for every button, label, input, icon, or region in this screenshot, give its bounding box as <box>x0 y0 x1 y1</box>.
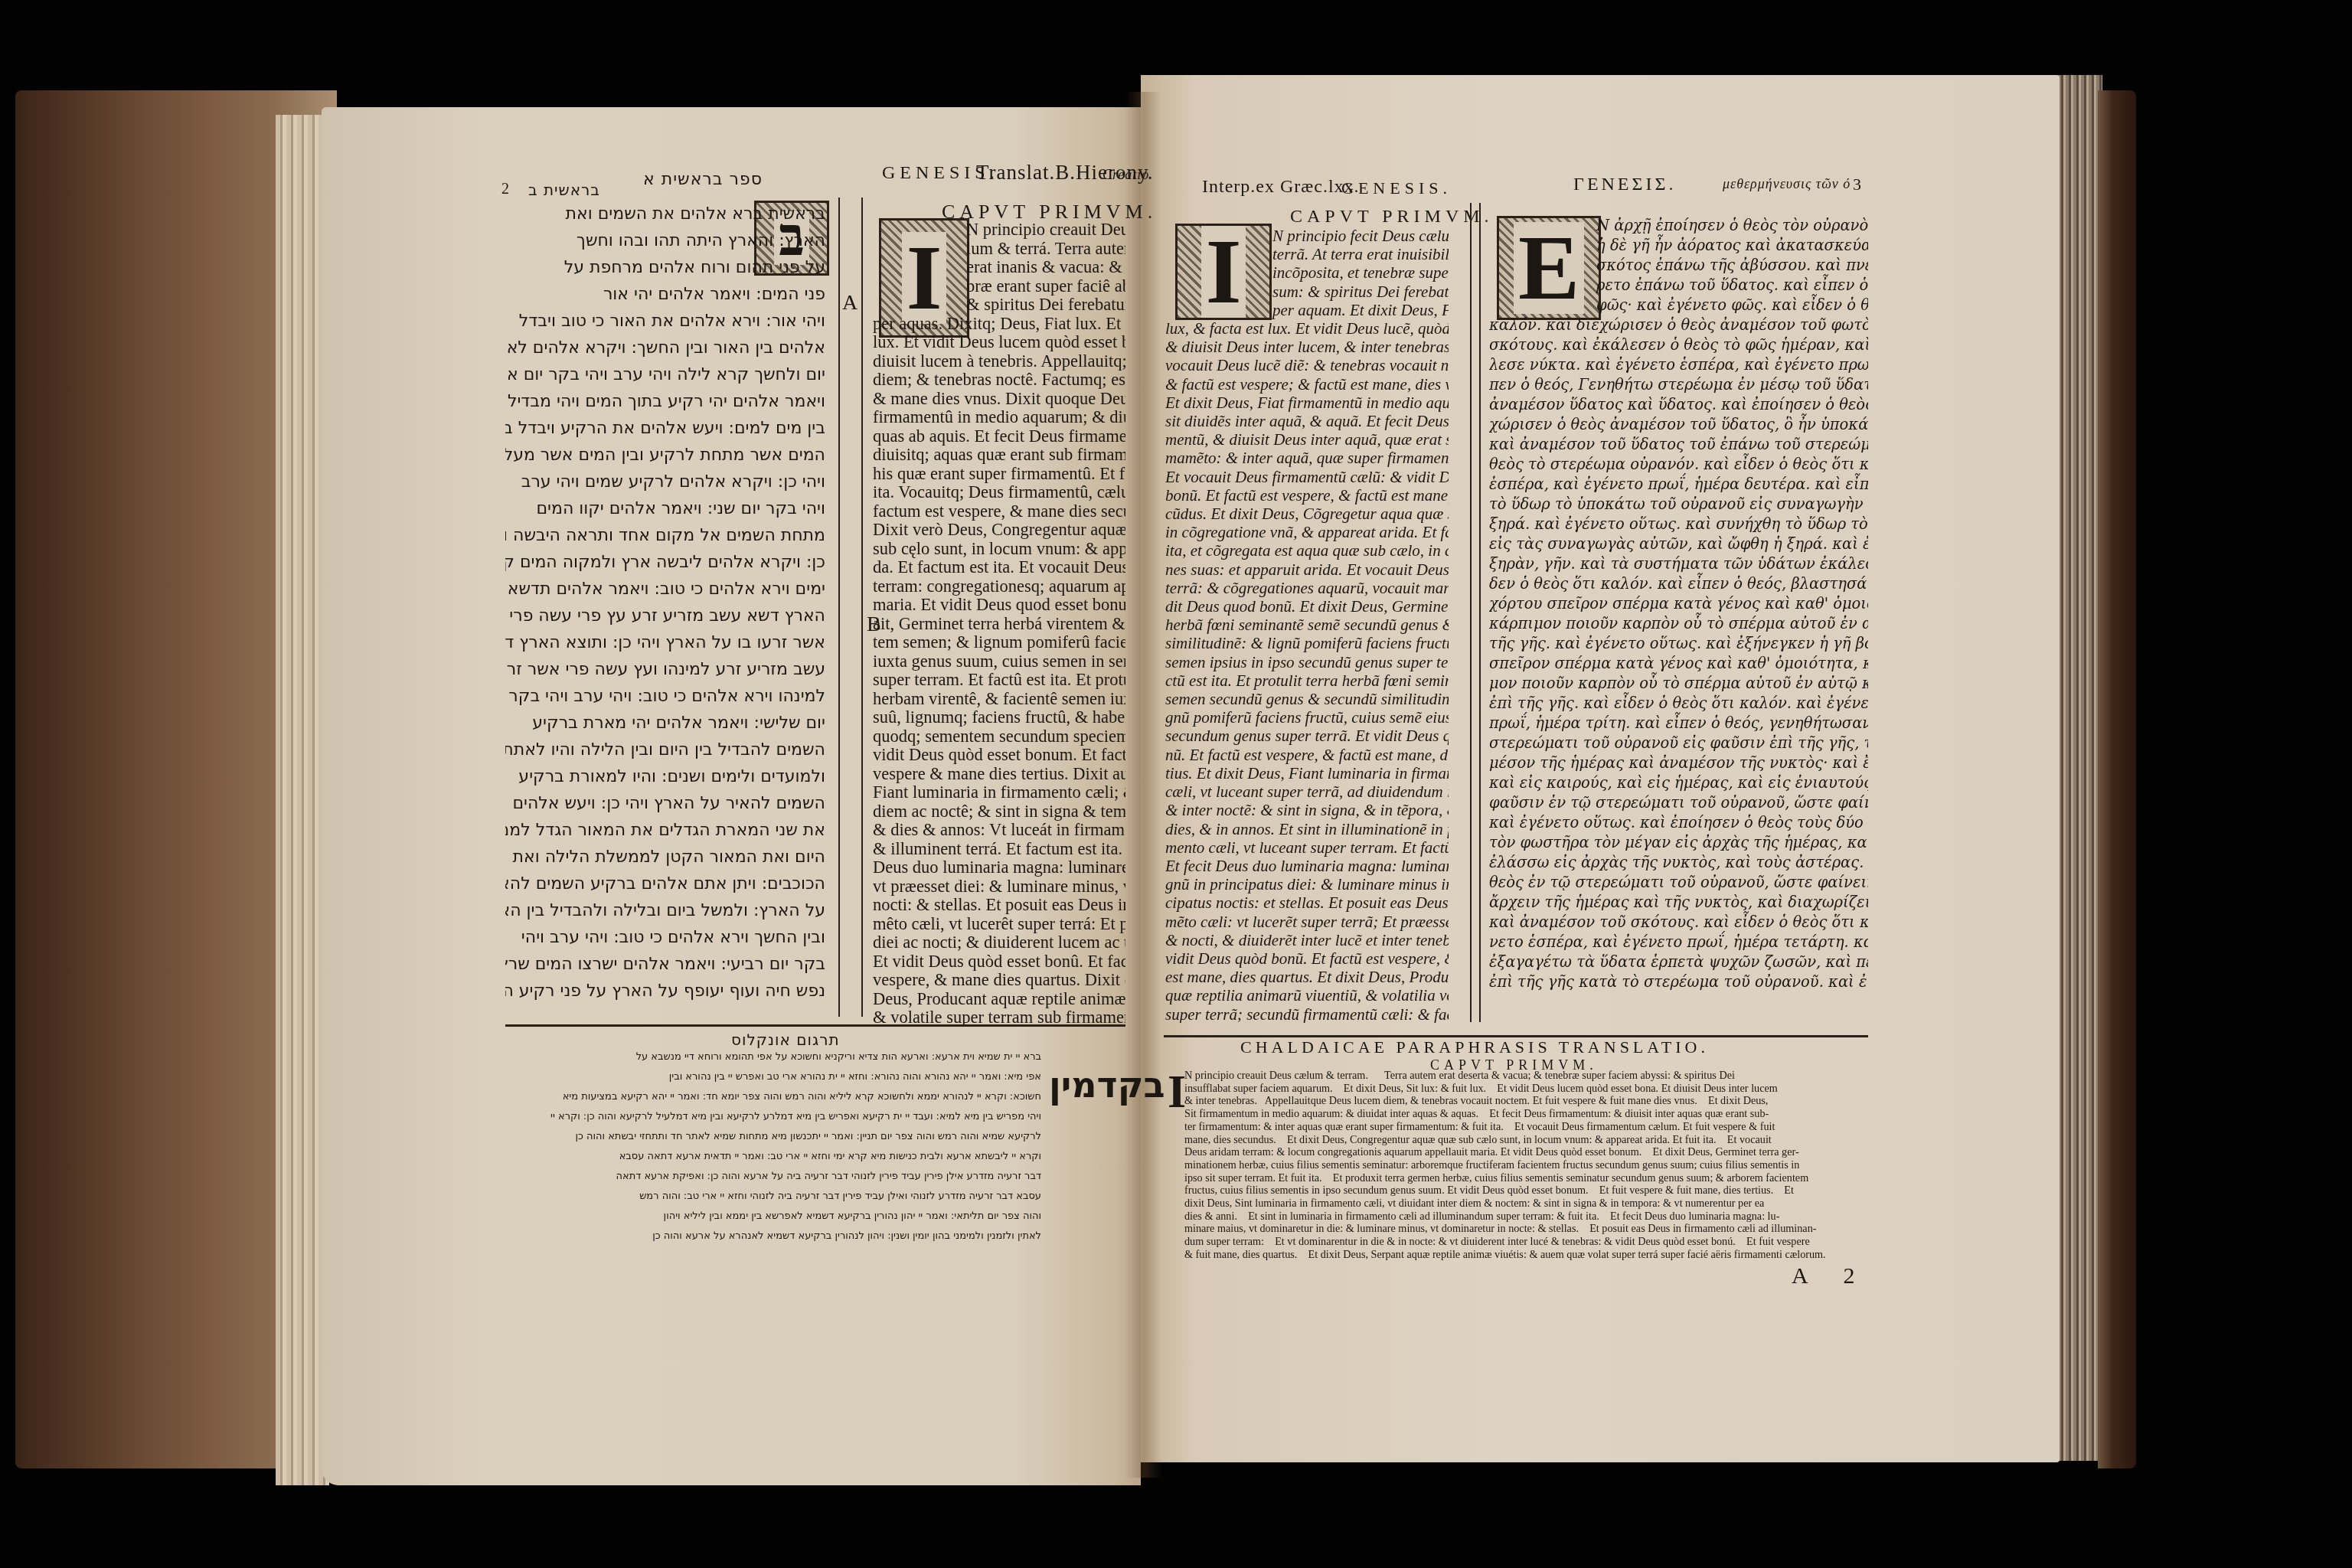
text-line: sub cęlo sunt, in locum vnum: & appareat… <box>873 540 1125 559</box>
text-line: וקרא יי ליבשתא ארעא ולבית כנישות מיא קרא… <box>505 1147 1041 1167</box>
text-line: Fiant luminaria in firmamento cæli; & di… <box>873 783 1125 802</box>
text-line: אפי מיא: ואמר יי יהא נהורא והוה נהורא: ו… <box>505 1067 1041 1087</box>
text-line: dit Deus quod bonũ. Et dixit Deus, Germi… <box>1165 597 1449 616</box>
text-line: Et dixit Deus, Fiat firmamentũ in medio … <box>1165 394 1449 412</box>
text-line: lux, & facta est lux. Et vidit Deus lucẽ… <box>1165 319 1449 338</box>
text-line: iuxta genus suum, cuius semen in semetip… <box>873 652 1125 671</box>
text-line: vidit Deus quòd bonũ. Et factũ est vespe… <box>1165 949 1449 968</box>
text-line: cipatus noctis: et stellas. Et posuit ea… <box>1165 893 1449 912</box>
text-line: ait, Germinet terra herbá virentem & fac… <box>873 615 1125 634</box>
text-line: firmamentû in medio aquarum; & diuidat a… <box>873 408 1125 427</box>
text-line: minationem herbæ, cuius filius sementis … <box>1184 1159 1870 1172</box>
text-line: nũ. Et factũ est vespere, & factũ est ma… <box>1165 746 1449 764</box>
text-line: mẽto cæli: vt lucerẽt super terrã; Et pr… <box>1165 913 1449 931</box>
text-line: dies & anni. Et sint in luminaria in fir… <box>1184 1210 1870 1223</box>
text-line: ויהי בקר יום שני: ויאמר אלהים יקוו המים <box>505 495 825 522</box>
text-line: את שני המארת הגדלים את המאור הגדל לממשלת <box>505 817 825 844</box>
greek-running-head-translation: μεθερμήνευσις τῶν ό <box>1723 176 1851 192</box>
text-line: עשב מזריע זרע למינהו ועץ עשה פרי אשר זרע… <box>505 656 825 683</box>
text-line: & spiritus Dei ferebatur su- <box>873 296 1125 315</box>
text-line: per aquam. Et dixit Deus, Fiat <box>1165 301 1449 319</box>
text-line: & factũ est vespere; & factũ est mane, d… <box>1165 375 1449 394</box>
text-line: καὶ ἀναμέσον τοῦ σκότους. καὶ εἶδεν ὁ θε… <box>1489 913 1868 933</box>
text-line: diem ac noctê; & sint in signa & tempora… <box>873 802 1125 822</box>
text-line: καὶ εἰς καιρούς, καὶ εἰς ἡμέρας, καὶ εἰς… <box>1489 773 1868 793</box>
text-line: ἡ δὲ γῆ ἦν ἀόρατος καὶ ἀκατασκεύαστος· κ… <box>1489 236 1868 256</box>
text-line: Deus duo luminaria magna: luminare maius… <box>873 858 1125 877</box>
text-line: cũdus. Et dixit Deus, Cõgregetur aqua qu… <box>1165 505 1449 523</box>
text-line: nocti: & stellas. Et posuit eas Deus in … <box>873 896 1125 915</box>
text-line: & nocti, & diuiderẽt inter lucẽ et inter… <box>1165 931 1449 949</box>
text-line: δεν ὁ θεὸς ὅτι καλόν. καὶ εἶπεν ὁ θεός, … <box>1489 574 1868 594</box>
lxx-running-head-translation: Interp.ex Græc.lxx. <box>1202 177 1360 198</box>
text-line: & illuminent terrá. Et factum est ita. F… <box>873 840 1125 859</box>
text-line: פני המים: ויאמר אלהים יהי אור <box>505 281 825 308</box>
column-rule <box>861 198 863 1017</box>
text-line: semen secundũ genus & secundũ similitudi… <box>1165 690 1449 708</box>
text-line: factum est vespere, & mane dies secundus… <box>873 502 1125 521</box>
text-line: ρετο ἐπάνω τοῦ ὕδατος. καὶ εἶπεν ὁ θεός,… <box>1489 276 1868 296</box>
text-line: ipso sit super terram. Et fuit ita. Et p… <box>1184 1172 1870 1185</box>
text-line: & inter noctẽ: & sint in signa, & in tẽp… <box>1165 801 1449 819</box>
hebrew-running-head: ספר בראשית א <box>643 170 763 189</box>
hebrew-text-column: בראשית ברא אלהים את השמים ואתהארץ: והארץ… <box>505 201 825 1012</box>
text-line: κάρπιμον ποιοῦν καρπὸν οὗ τὸ σπέρμα αὐτο… <box>1489 614 1868 634</box>
text-line: σκότους. καὶ ἐκάλεσεν ὁ θεὸς τὸ φῶς ἡμέρ… <box>1489 335 1868 355</box>
text-line: השמים להאיר על הארץ ויהי כן: ויעש אלהים <box>505 790 825 817</box>
text-line: N principio creauit Deus cæ- <box>873 220 1125 240</box>
section-rule <box>505 1024 1125 1027</box>
text-line: diuisitq; aquas quæ erant sub firmamento… <box>873 446 1125 465</box>
text-line: לאתין ולזמנין ולמימני בהון יומין ושנין: … <box>505 1227 1041 1246</box>
text-line: semen ipsius in ipso secundũ genus super… <box>1165 653 1449 671</box>
text-line: אשר זרעו בו על הארץ ויהי כן: ותוצא הארץ … <box>505 629 825 656</box>
text-line: dixit Deus, Sint luminaria in firmamento… <box>1184 1197 1870 1210</box>
text-line: עסבא דבר זרעיה מזדרע לזנוהי ואילן עביד פ… <box>505 1187 1041 1207</box>
text-line: lux. Et vidit Deus lucem quòd esset bona… <box>873 333 1125 352</box>
text-line: Et vidit Deus quòd esset bonû. Et factum… <box>873 952 1125 972</box>
text-line: suû, lignumq; faciens fructû, & habens v… <box>873 708 1125 727</box>
text-line: Deus aridam terram: & locum congregation… <box>1184 1146 1870 1159</box>
text-line: terrã. At terra erat inuisibilis et <box>1165 245 1449 263</box>
text-line: ויהי מפריש בין מיא למיא: ועבד יי ית רקיע… <box>505 1107 1041 1127</box>
column-rule <box>838 198 840 1017</box>
column-rule <box>1479 203 1481 1022</box>
text-line: ξηρὰν, γῆν. καὶ τὰ συστήματα τῶν ὑδάτων … <box>1489 554 1868 574</box>
text-line: νετο ἑσπέρα, καὶ ἐγένετο πρωΐ, ἡμέρα τετ… <box>1489 933 1868 952</box>
text-line: terrã: & cõgregationes aquarũ, vocauit m… <box>1165 579 1449 597</box>
text-line: בראשית ברא אלהים את השמים ואת <box>505 201 825 227</box>
chaldaic-initial: I <box>1168 1068 1186 1116</box>
text-line: ἐπὶ τῆς γῆς. καὶ εἶδεν ὁ θεὸς ὅτι καλόν.… <box>1489 694 1868 714</box>
text-line: & volatile super terram sub firmamento c… <box>873 1008 1125 1024</box>
text-line: על פני תהום ורוח אלהים מרחפת על <box>505 254 825 281</box>
text-line: הכוכבים: ויתן אתם אלהים ברקיע השמים להאי… <box>505 871 825 897</box>
text-line: והוה צפר יום תליתאי: ואמר יי יהון נהורין… <box>505 1207 1041 1227</box>
text-line: vidit Deus quòd esset bonum. Et factum e… <box>873 746 1125 765</box>
text-line: הארץ: והארץ היתה תהו ובהו וחשך <box>505 227 825 254</box>
text-line: dies, & in annos. Et sint in illuminatio… <box>1165 820 1449 838</box>
text-line: per aquas. Dixitq; Deus, Fiat lux. Et fa… <box>873 315 1125 334</box>
text-line: πεν ὁ θεός, Γενηθήτω στερέωμα ἐν μέσῳ το… <box>1489 375 1868 395</box>
text-line: λεσε νύκτα. καὶ ἐγένετο ἑσπέρα, καὶ ἐγέν… <box>1489 355 1868 375</box>
text-line: μον ποιοῦν καρπὸν οὗ τὸ σπέρμα αὐτοῦ ἐν … <box>1489 674 1868 694</box>
lxx-latin-text-column: N principio fecit Deus cælum &terrã. At … <box>1165 227 1449 1023</box>
text-line: בקר יום רביעי: ויאמר אלהים ישרצו המים שר… <box>505 951 825 978</box>
text-line: εἰς τὰς συναγωγὰς αὐτῶν, καὶ ὤφθη ἡ ξηρά… <box>1489 534 1868 554</box>
greek-running-head-book: ΓΕΝΕΣΙΣ. <box>1573 175 1676 195</box>
chaldaic-title: CHALDAICAE PARAPHRASIS TRANSLATIO. <box>1240 1037 1709 1057</box>
text-line: sit diuidẽs inter aquã, & aquã. Et fecit… <box>1165 412 1449 430</box>
text-line: diei ac nocti; & diuiderent lucem ac ten… <box>873 933 1125 952</box>
text-line: היום ואת המאור הקטן לממשלת הלילה ואת <box>505 844 825 871</box>
text-line: mento cæli, vt luceant super terram. Et … <box>1165 838 1449 857</box>
text-line: erat inanis & vacua: & tene- <box>873 258 1125 277</box>
text-line: insufflabat super faciem aquarum. Et dix… <box>1184 1083 1870 1096</box>
text-line: N principio fecit Deus cælum & <box>1165 227 1449 245</box>
vulgate-text-column: N principio creauit Deus cæ-lum & terrá.… <box>873 220 1125 1024</box>
text-line: mane, dies secundus. Et dixit Deus, Cong… <box>1184 1134 1870 1147</box>
text-line: & diuisit Deus inter lucem, & inter tene… <box>1165 338 1449 356</box>
text-line: אלהים בין האור ובין החשך: ויקרא אלהים לא… <box>505 335 825 361</box>
text-line: ולמועדים ולימים ושנים: והיו למאורת ברקיע <box>505 763 825 790</box>
text-line: secundum genus super terrã. Et vidit Deu… <box>1165 727 1449 745</box>
text-line: לרקיעא שמיא והוה רמש והוה צפר יום תניין:… <box>505 1127 1041 1147</box>
lxx-chapter-heading: CAPVT PRIMVM. <box>1290 207 1494 227</box>
text-line: Et fecit Deus duo luminaria magna: lumin… <box>1165 857 1449 875</box>
text-line: חשוכא: וקרא יי לנהורא יממא ולחשוכא קרא ל… <box>505 1087 1041 1107</box>
book-cover-right <box>2098 90 2136 1468</box>
text-line: tius. Et dixit Deus, Fiant luminaria in … <box>1165 764 1449 782</box>
text-line: herbam virentê, & facientê semen iuxta g… <box>873 690 1125 709</box>
text-line: & inter tenebras. Appellauitque Deus luc… <box>1184 1095 1870 1108</box>
text-line: tem semen; & lignum pomiferû faciens fru… <box>873 633 1125 652</box>
text-line: herbã fœni seminantẽ semẽ secundũ genus … <box>1165 616 1449 634</box>
text-line: נפש חיה ועוף יעופף על הארץ על פני רקיע ה… <box>505 978 825 1004</box>
text-line: mamẽto: & inter aquã, quæ super firmamen… <box>1165 449 1449 467</box>
text-line: dum super terram: Et vt dominarentur in … <box>1184 1236 1870 1249</box>
text-line: ויאמר אלהים יהי רקיע בתוך המים ויהי מבדי… <box>505 388 825 415</box>
text-line: הארץ דשא עשב מזריע זרע עץ פרי עשה פרי למ… <box>505 603 825 629</box>
text-line: quodq; sementem secundum speciem suam. E… <box>873 727 1125 746</box>
text-line: יום ולחשך קרא לילה ויהי ערב ויהי בקר יום… <box>505 361 825 388</box>
text-line: ויהי כן: ויקרא אלהים לרקיע שמים ויהי ערב <box>505 469 825 495</box>
text-line: minare maius, vt dominaretur in die: & l… <box>1184 1223 1870 1236</box>
text-line: quæ reptilia animarũ viuentiũ, & volatil… <box>1165 986 1449 1004</box>
text-line: & fuit mane, dies quartus. Et dixit Deus… <box>1184 1249 1870 1261</box>
text-line: & dies & annos: Vt luceát in firmamêto c… <box>873 821 1125 840</box>
text-line: מתחת השמים אל מקום אחד ותראה היבשה ויהי <box>505 522 825 549</box>
column-rule <box>1470 203 1472 1022</box>
text-line: τὸ ὕδωρ τὸ ὑποκάτω τοῦ οὐρανοῦ εἰς συναγ… <box>1489 495 1868 514</box>
text-line: vespere, & mane dies quartus. Dixit etia… <box>873 971 1125 990</box>
text-line: Dixit verò Deus, Congregentur aquæ quæ <box>873 521 1125 540</box>
text-line: ἀναμέσον ὕδατος καὶ ὕδατος. καὶ ἐποίησεν… <box>1489 395 1868 415</box>
text-line: στερεώματι τοῦ οὐρανοῦ εἰς φαῦσιν ἐπὶ τῆ… <box>1489 733 1868 753</box>
text-line: est mane, dies quartus. Et dixit Deus, P… <box>1165 968 1449 986</box>
text-line: N principio creauit Deus cælum & terram.… <box>1184 1070 1870 1083</box>
text-line: ita. Vocauitq; Deus firmamentû, cælum: & <box>873 483 1125 502</box>
text-line: gnũ pomiferũ faciens fructũ, cuius semẽ … <box>1165 708 1449 727</box>
text-line: השמים להבדיל בין היום ובין הלילה והיו לא… <box>505 737 825 763</box>
text-line: ἐπὶ τῆς γῆς κατὰ τὸ στερέωμα τοῦ οὐρανοῦ… <box>1489 972 1868 992</box>
text-line: ter firmamentum: & inter aquas quæ erant… <box>1184 1121 1870 1134</box>
text-line: lum & terrá. Terra autem <box>873 240 1125 259</box>
text-line: Sit firmamentum in medio aquarum: & diui… <box>1184 1108 1870 1121</box>
text-line: יום שלישי: ויאמר אלהים יהי מארת ברקיע <box>505 710 825 737</box>
book-gutter <box>1125 92 1162 1478</box>
text-line: bræ erant super faciê abyssi: <box>873 277 1125 296</box>
text-line: terram: congregationesq; aquarum appella… <box>873 577 1125 596</box>
text-line: nes suas: et apparuit arida. Et vocauit … <box>1165 560 1449 579</box>
text-line: cæli, vt luceant super terrã, ad diuiden… <box>1165 782 1449 801</box>
text-line: בין מים למים: ויעש אלהים את הרקיע ויבדל … <box>505 415 825 442</box>
text-line: καὶ ἀναμέσον τοῦ ὕδατος τοῦ ἐπάνω τοῦ στ… <box>1489 435 1868 455</box>
text-line: Ν ἀρχῇ ἐποίησεν ὁ θεὸς τὸν οὐρανὸν καὶ τ… <box>1489 216 1868 236</box>
text-line: vt præesset diei: & luminare minus, vt p… <box>873 877 1125 897</box>
marginal-letter-a: A <box>842 291 857 315</box>
text-line: χώρισεν ὁ θεὸς ἀναμέσον τοῦ ὕδατος, ὃ ἦν… <box>1489 415 1868 435</box>
text-line: כן: ויקרא אלהים ליבשה ארץ ולמקוה המים קר… <box>505 549 825 576</box>
text-line: vocauit Deus lucẽ diẽ: & tenebras vocaui… <box>1165 356 1449 374</box>
right-page-number: 3 <box>1853 175 1862 194</box>
text-line: ἑσπέρα, καὶ ἐγένετο πρωΐ, ἡμέρα δευτέρα.… <box>1489 475 1868 495</box>
text-line: πρωΐ, ἡμέρα τρίτη. καὶ εἶπεν ὁ θεός, γεν… <box>1489 714 1868 733</box>
text-line: diuisit lucem à tenebris. Appellauitq; l… <box>873 352 1125 371</box>
latin-marginal-word: Creatio <box>1102 167 1149 183</box>
text-line: diem; & tenebras noctê. Factumq; est ves… <box>873 371 1125 390</box>
text-line: ita, et cõgregata est aqua quæ sub cælo,… <box>1165 541 1449 560</box>
text-line: fructus, cuius filius sementis in ipso s… <box>1184 1184 1870 1197</box>
text-line: המים אשר מתחת לרקיע ובין המים אשר מעל לר… <box>505 442 825 469</box>
text-line: maria. Et vidit Deus quod esset bonum. E… <box>873 596 1125 615</box>
text-line: τῆς γῆς. καὶ ἐγένετο οὕτως. καὶ ἐξήνεγκε… <box>1489 634 1868 654</box>
text-line: σκότος ἐπάνω τῆς ἀβύσσου. καὶ πνεῦμα θεο… <box>1489 256 1868 276</box>
targum-large-word: בקדמין <box>1049 1064 1165 1106</box>
text-line: ימים וירא אלהים כי טוב: ויאמר אלהים תדשא <box>505 576 825 603</box>
text-line: ובין החשך וירא אלהים כי טוב: ויהי ערב וי… <box>505 924 825 951</box>
left-page-number: 2 <box>501 181 510 198</box>
text-line: similitudinẽ: & lignũ pomiferũ faciens f… <box>1165 634 1449 652</box>
text-line: da. Et factum est ita. Et vocauit Deus a… <box>873 558 1125 577</box>
text-line: ctũ est ita. Et protulit terra herbã fœn… <box>1165 671 1449 690</box>
text-line: דבר זרעיה מזדרע אילן פירין עביד פירין לז… <box>505 1167 1041 1187</box>
text-line: μέσον τῆς ἡμέρας καὶ ἀναμέσον τῆς νυκτὸς… <box>1489 753 1868 773</box>
text-line: למינהו וירא אלהים כי טוב: ויהי ערב ויהי … <box>505 683 825 710</box>
text-line: ἄρχειν τῆς ἡμέρας καὶ τῆς νυκτὸς, καὶ δι… <box>1489 893 1868 913</box>
text-line: mêto cæli, vt lucerêt super terrá: Et pr… <box>873 915 1125 934</box>
text-line: super terram. Et factû est ita. Et protu… <box>873 671 1125 690</box>
text-line: his quæ erant super firmamentû. Et factu… <box>873 465 1125 484</box>
signature-mark: A 2 <box>1792 1263 1870 1289</box>
text-line: θεὸς τὸ στερέωμα οὐρανόν. καὶ εἶδεν ὁ θε… <box>1489 455 1868 475</box>
text-line: incõposita, et tenebræ super abys- <box>1165 263 1449 282</box>
text-line: ברא יי ית שמיא וית ארעא: וארעא הות צדיא … <box>505 1047 1041 1067</box>
text-line: καὶ ἐγένετο οὕτως. καὶ ἐποίησεν ὁ θεὸς τ… <box>1489 813 1868 833</box>
text-line: bonũ. Et factũ est vespere, & factũ est … <box>1165 486 1449 505</box>
text-line: in cõgregatione vnã, & appareat arida. E… <box>1165 523 1449 541</box>
text-line: τὸν φωστῆρα τὸν μέγαν εἰς ἀρχὰς τῆς ἡμέρ… <box>1489 833 1868 853</box>
text-line: vespere & mane dies tertius. Dixit autê … <box>873 765 1125 784</box>
text-line: Deus, Producant aquæ reptile animæ viuen… <box>873 990 1125 1009</box>
text-line: sum: & spiritus Dei ferebatur su- <box>1165 283 1449 301</box>
hebrew-folio-label: בראשית ב <box>528 181 600 199</box>
text-line: ἐξαγαγέτω τὰ ὕδατα ἑρπετὰ ψυχῶν ζωσῶν, κ… <box>1489 952 1868 972</box>
text-line: על הארץ: ולמשל ביום ובלילה ולהבדיל בין ה… <box>505 897 825 924</box>
text-line: ξηρά. καὶ ἐγένετο οὕτως. καὶ συνήχθη τὸ … <box>1489 514 1868 534</box>
text-line: super terrã; secundũ firmamentũ cæli: & … <box>1165 1005 1449 1023</box>
page-edges-right <box>2058 75 2102 1461</box>
text-line: φῶς· καὶ ἐγένετο φῶς. καὶ εἶδεν ὁ θεὸς τ… <box>1489 296 1868 315</box>
text-line: ויהי אור: וירא אלהים את האור כי טוב ויבד… <box>505 308 825 335</box>
text-line: καλόν. καὶ διεχώρισεν ὁ θεὸς ἀναμέσον το… <box>1489 315 1868 335</box>
text-line: & mane dies vnus. Dixit quoque Deus, Fia… <box>873 390 1125 409</box>
targum-text: ברא יי ית שמיא וית ארעא: וארעא הות צדיא … <box>505 1047 1041 1254</box>
text-line: mentũ, & diuisit Deus inter aquã, quæ er… <box>1165 430 1449 449</box>
text-line: ἐλάσσω εἰς ἀρχὰς τῆς νυκτὸς, καὶ τοὺς ἀσ… <box>1489 853 1868 873</box>
text-line: σπεῖρον σπέρμα κατὰ γένος καὶ καθ' ὁμοιό… <box>1489 654 1868 674</box>
text-line: gnũ in principatus diei: & luminare minu… <box>1165 875 1449 893</box>
lxx-running-head-book: GENESIS. <box>1341 178 1452 198</box>
text-line: Et vocauit Deus firmamentũ cælũ: & vidit… <box>1165 468 1449 486</box>
text-line: θεὸς ἐν τῷ στερεώματι τοῦ οὐρανοῦ, ὥστε … <box>1489 873 1868 893</box>
text-line: φαῦσιν ἐν τῷ στερεώματι τοῦ οὐρανοῦ, ὥστ… <box>1489 793 1868 813</box>
chaldaic-text: N principio creauit Deus cælum & terram.… <box>1184 1070 1870 1261</box>
targum-title: תרגום אונקלוס <box>731 1031 840 1049</box>
greek-text-column: Ν ἀρχῇ ἐποίησεν ὁ θεὸς τὸν οὐρανὸν καὶ τ… <box>1489 216 1868 1012</box>
text-line: χόρτου σπεῖρον σπέρμα κατὰ γένος καὶ καθ… <box>1489 594 1868 614</box>
text-line: quas ab aquis. Et fecit Deus firmamentum… <box>873 427 1125 446</box>
